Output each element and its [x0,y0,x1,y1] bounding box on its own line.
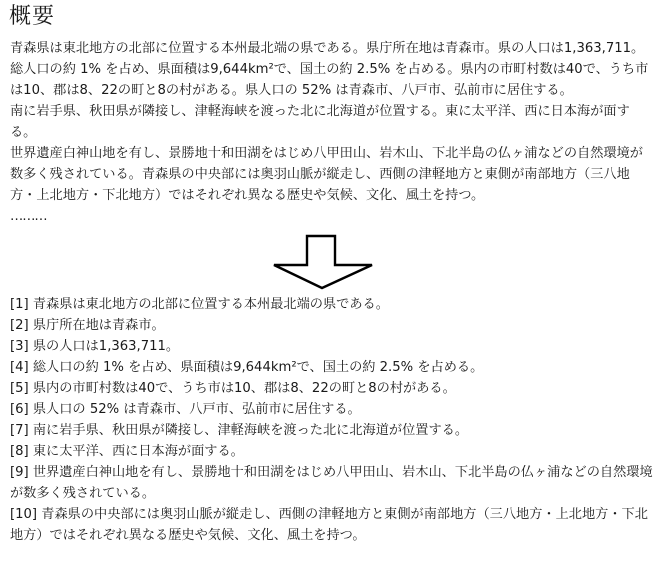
sentence-item: [3] 県の人口は1,363,711。 [10,336,655,357]
sentence-item: [9] 世界遺産白神山地を有し、景勝地十和田湖をはじめ八甲田山、岩木山、下北半島… [10,462,655,504]
sentence-item: [6] 県人口の 52% は青森市、八戸市、弘前市に居住する。 [10,399,655,420]
sentence-list: [1] 青森県は東北地方の北部に位置する本州最北端の県である。 [2] 県庁所在… [10,294,655,546]
page-title: 概要 [9,2,55,32]
sentence-item: [1] 青森県は東北地方の北部に位置する本州最北端の県である。 [10,294,655,315]
source-text-block: 青森県は東北地方の北部に位置する本州最北端の県である。県庁所在地は青森市。県の人… [10,38,655,227]
sentence-item: [7] 南に岩手県、秋田県が隣接し、津軽海峡を渡った北に北海道が位置する。 [10,420,655,441]
sentence-item: [2] 県庁所在地は青森市。 [10,315,655,336]
source-paragraph: 南に岩手県、秋田県が隣接し、津軽海峡を渡った北に北海道が位置する。東に太平洋、西… [10,101,655,143]
ellipsis-text: ……… [10,206,655,227]
sentence-item: [8] 東に太平洋、西に日本海が面する。 [10,441,655,462]
sentence-item: [10] 青森県の中央部には奥羽山脈が縦走し、西側の津軽地方と東側が南部地方（三… [10,504,655,546]
sentence-item: [4] 総人口の約 1% を占め、県面積は9,644km²で、国土の約 2.5%… [10,357,655,378]
sentence-item: [5] 県内の市町村数は40で、うち市は10、郡は8、22の町と8の村がある。 [10,378,655,399]
source-paragraph: 世界遺産白神山地を有し、景勝地十和田湖をはじめ八甲田山、岩木山、下北半島の仏ヶ浦… [10,143,655,206]
source-paragraph: 青森県は東北地方の北部に位置する本州最北端の県である。県庁所在地は青森市。県の人… [10,38,655,101]
down-arrow-icon [270,234,380,298]
